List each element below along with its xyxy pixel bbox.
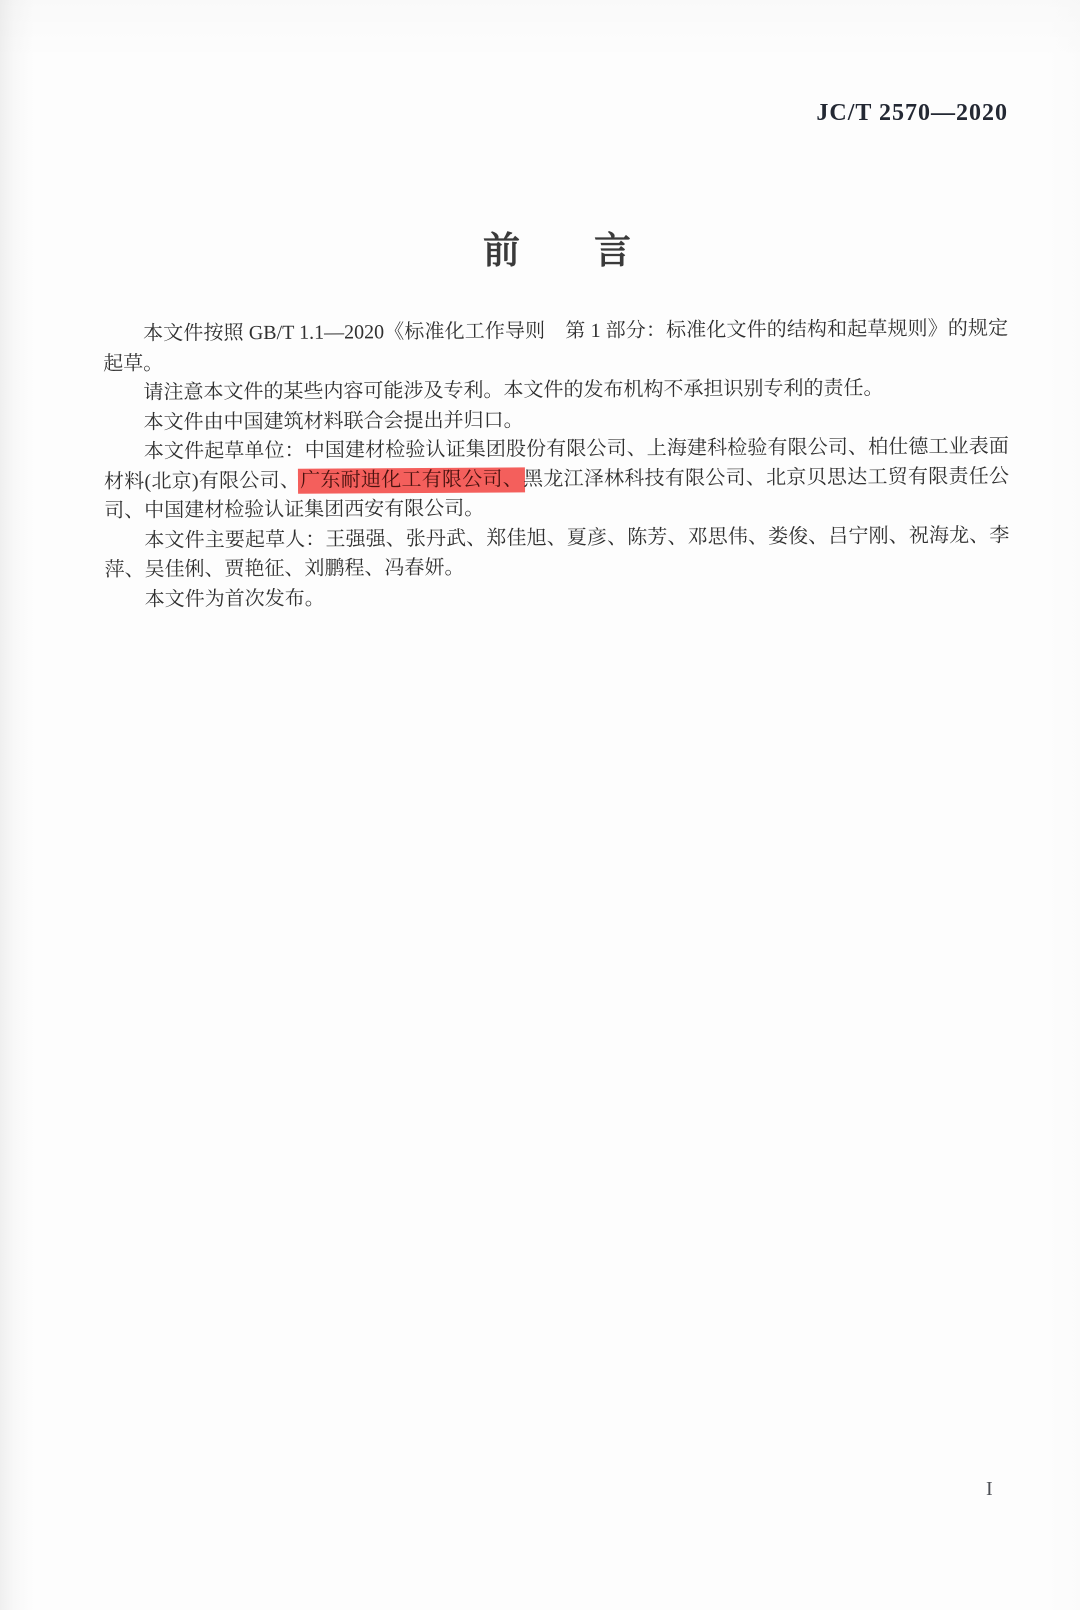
- paragraph-drafting-organizations: 本文件起草单位：中国建材检验认证集团股份有限公司、上海建科检验有限公司、柏仕德工…: [104, 432, 1010, 526]
- standard-code: JC/T 2570—2020: [816, 100, 1008, 127]
- foreword-body: 本文件按照 GB/T 1.1—2020《标准化工作导则 第 1 部分：标准化文件…: [103, 314, 1010, 615]
- page-number: I: [986, 1478, 993, 1501]
- paragraph-first-issue: 本文件为首次发布。: [105, 580, 1010, 615]
- highlighted-company: 广东耐迪化工有限公司、: [298, 467, 525, 493]
- page-title: 前 言: [0, 220, 1080, 274]
- paragraph-patent-notice: 请注意本文件的某些内容可能涉及专利。本文件的发布机构不承担识别专利的责任。: [103, 373, 1008, 408]
- paragraph-drafting-basis: 本文件按照 GB/T 1.1—2020《标准化工作导则 第 1 部分：标准化文件…: [103, 314, 1008, 379]
- paragraph-main-drafters: 本文件主要起草人：王强强、张丹武、郑佳旭、夏彦、陈芳、邓思伟、娄俊、吕宁刚、祝海…: [104, 521, 1009, 586]
- scanned-document-page: JC/T 2570—2020 前 言 本文件按照 GB/T 1.1—2020《标…: [0, 0, 1080, 1610]
